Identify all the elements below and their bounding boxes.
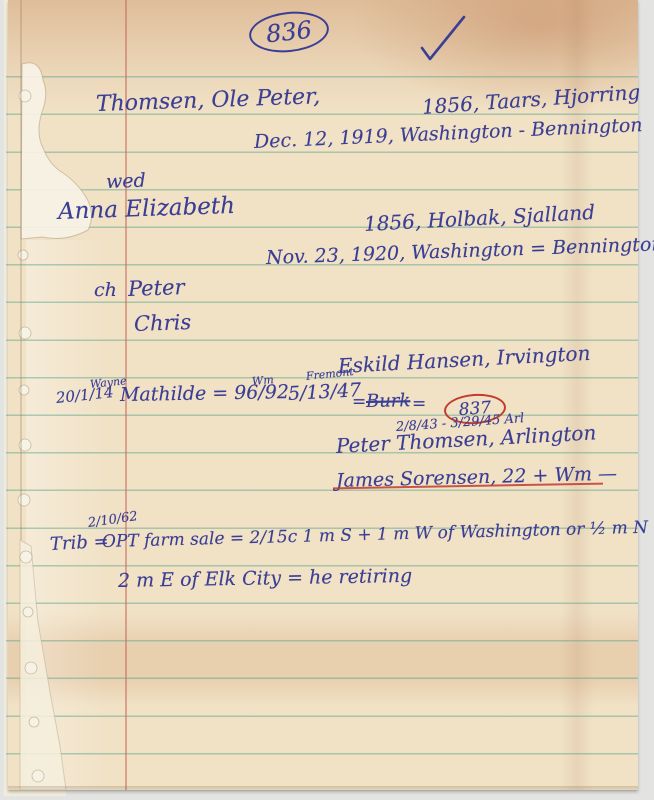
handwriting-children-label: ch <box>94 279 117 301</box>
handwriting-equals: = <box>412 394 426 414</box>
handwriting-child: Peter <box>128 275 185 301</box>
handwriting-mathilde-date2: 5/13/47 <box>287 379 361 405</box>
handwriting-child: Chris <box>134 310 192 336</box>
sheet-edge-shadow <box>8 786 638 791</box>
checkmark-icon <box>412 14 470 64</box>
handwriting-mathilde-text-note: Wm <box>251 373 274 388</box>
handwriting-equals: = <box>352 392 366 412</box>
scanned-notebook-page: 836 Thomsen, Ole Peter, 1856, Taars, Hjo… <box>0 0 654 800</box>
handwriting-wed-label: wed <box>106 170 146 193</box>
page-number: 836 <box>265 16 313 49</box>
handwriting-struck-name: Burk <box>366 390 411 412</box>
handwriting-footnote-lead: Trib = <box>49 531 109 555</box>
